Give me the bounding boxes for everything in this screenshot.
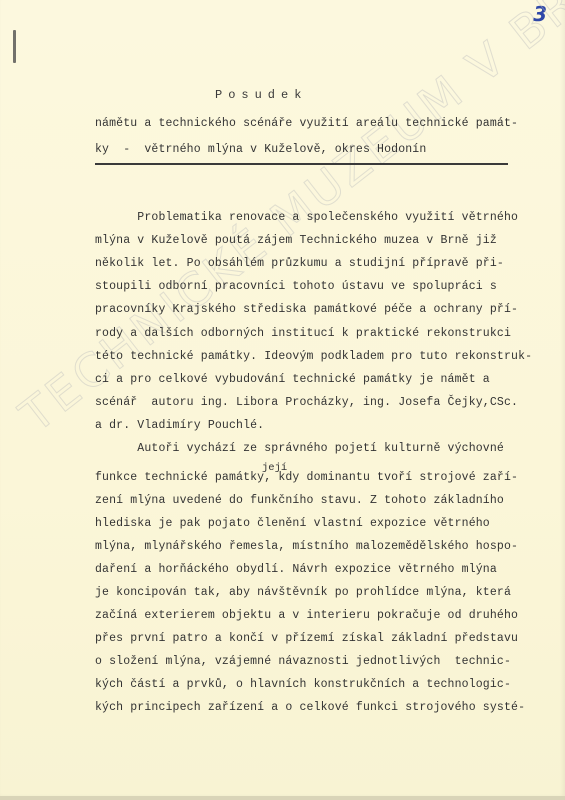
body-line: daření a horňáckého obydlí. Návrh expozi… [95, 563, 497, 577]
body-line: hlediska je pak pojato členění vlastní e… [95, 517, 490, 531]
page-edge [0, 796, 565, 800]
body-line: rody a dalších odborných institucí k pra… [95, 327, 511, 341]
handwritten-insert: její [262, 462, 287, 474]
body-line: ci a pro celkové vybudování technické pa… [95, 373, 490, 387]
body-line: stoupili odborní pracovníci tohoto ústav… [95, 280, 497, 294]
title-underline [95, 163, 508, 165]
body-line: několik let. Po obsáhlém průzkumu a stud… [95, 257, 504, 271]
body-line: kých částí a prvků, o hlavních konstrukč… [95, 678, 511, 692]
body-line: začíná exterierem objektu a v interieru … [95, 609, 518, 623]
document-page: 3 TECHNICKÉ MUZEUM V BRNĚ Posudek námětu… [0, 0, 565, 800]
page-number: 3 [533, 2, 547, 26]
binding-mark [13, 30, 16, 63]
body-line: této technické památky. Ideovým podklade… [95, 350, 532, 364]
body-line: funkce technické památky, kdy dominantu … [95, 471, 518, 485]
subtitle-line: ky - větrného mlýna v Kuželově, okres Ho… [95, 143, 426, 157]
body-line: Autoři vychází ze správného pojetí kultu… [95, 442, 504, 456]
body-line: o složení mlýna, vzájemné návaznosti jed… [95, 655, 511, 669]
body-line: zení mlýna uvedené do funkčního stavu. Z… [95, 494, 504, 508]
body-line: pracovníky Krajského střediska památkové… [95, 303, 518, 317]
body-line: kých principech zařízení a o celkové fun… [95, 701, 525, 715]
body-line: přes první patro a končí v přízemí získa… [95, 632, 518, 646]
body-line: mlýna, mlynářského řemesla, místního mal… [95, 540, 518, 554]
body-line: Problematika renovace a společenského vy… [95, 211, 518, 225]
document-title: Posudek [215, 88, 307, 102]
body-line: a dr. Vladimíry Pouchlé. [95, 419, 264, 433]
body-line: scénář autoru ing. Libora Procházky, ing… [95, 396, 518, 410]
body-line: je koncipován tak, aby návštěvník po pro… [95, 586, 511, 600]
subtitle-line: námětu a technického scénáře využití are… [95, 117, 518, 131]
body-line: mlýna v Kuželově poutá zájem Technického… [95, 234, 497, 248]
